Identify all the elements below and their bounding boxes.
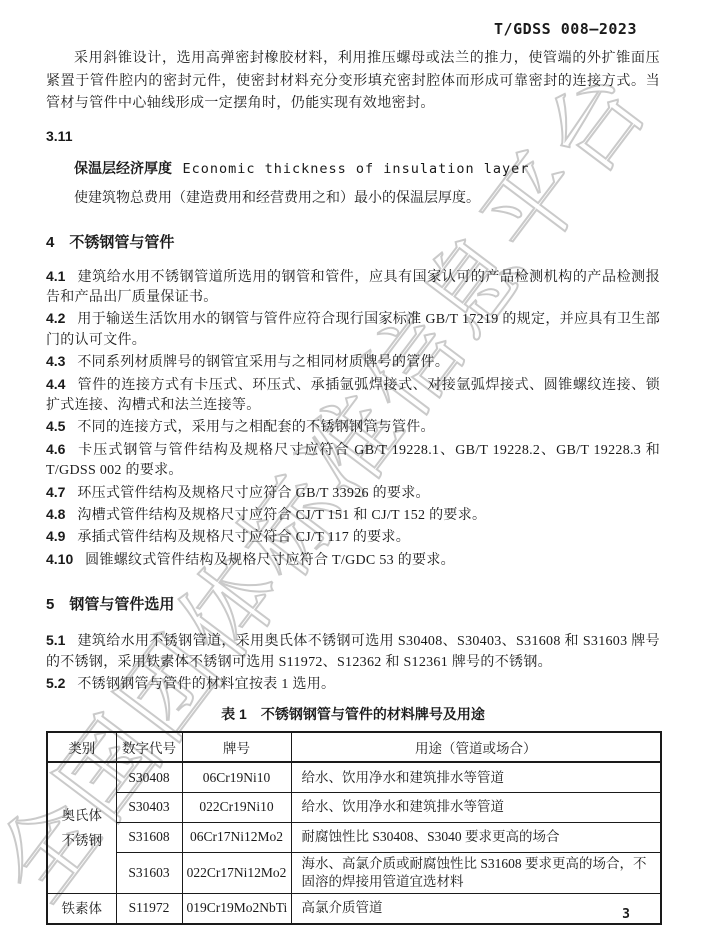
clause-4-9-text: 承插式管件结构及规格尺寸应符合 CJ/T 117 的要求。: [77, 530, 410, 545]
clause-4-5-text: 不同的连接方式，采用与之相配套的不锈钢钢管与管件。: [77, 420, 435, 435]
table-row: S30403 022Cr19Ni10 给水、饮用净水和建筑排水等管道: [47, 792, 661, 822]
clause-4-8-text: 沟槽式管件结构及规格尺寸应符合 CJ/T 151 和 CJ/T 152 的要求。: [77, 508, 486, 523]
clause-4-6-number: 4.6: [46, 441, 65, 457]
header-category: 类别: [47, 732, 116, 762]
header-numeric-code: 数字代号: [116, 732, 182, 762]
cell-grade: 019Cr19Mo2NbTi: [182, 893, 291, 924]
term-number: 3.11: [46, 128, 660, 144]
section-5-heading: 5钢管与管件选用: [46, 593, 660, 614]
section-4-number: 4: [46, 234, 54, 251]
material-grade-table: 类别 数字代号 牌号 用途（管道或场合） 奥氏体 不锈钢 S30408 06Cr…: [46, 731, 662, 925]
cell-grade: 06Cr19Ni10: [182, 762, 291, 792]
table-1-caption-label: 表 1: [221, 706, 247, 722]
page-number: 3: [622, 907, 630, 922]
table-1-caption-title: 不锈钢钢管与管件的材料牌号及用途: [261, 706, 485, 722]
clause-4-4-number: 4.4: [46, 376, 65, 392]
cell-use: 耐腐蚀性比 S30408、S3040 要求更高的场合: [291, 822, 661, 852]
cell-grade: 06Cr17Ni12Mo2: [182, 822, 291, 852]
clause-4-6: 4.6卡压式钢管与管件结构及规格尺寸应符合 GB/T 19228.1、GB/T …: [46, 439, 660, 482]
term-chinese: 保温层经济厚度: [74, 160, 172, 176]
clause-4-8-number: 4.8: [46, 506, 65, 522]
clause-5-1-text: 建筑给水用不锈钢管道，采用奥氏体不锈钢可选用 S30408、S30403、S31…: [46, 634, 660, 669]
table-1-caption: 表 1不锈钢钢管与管件的材料牌号及用途: [46, 704, 660, 724]
clause-4-1-number: 4.1: [46, 268, 65, 284]
section-4-clauses: 4.1建筑给水用不锈钢管道所选用的钢管和管件，应具有国家认可的产品检测机构的产品…: [46, 266, 660, 572]
clause-4-2-number: 4.2: [46, 310, 65, 326]
cell-code: S31608: [116, 822, 182, 852]
clause-4-10-number: 4.10: [46, 551, 73, 567]
section-5-number: 5: [46, 596, 54, 613]
clause-4-9: 4.9承插式管件结构及规格尺寸应符合 CJ/T 117 的要求。: [46, 526, 660, 548]
standard-number-header: T/GDSS 008—2023: [494, 20, 637, 38]
cell-use: 给水、饮用净水和建筑排水等管道: [291, 792, 661, 822]
section-5-clauses: 5.1建筑给水用不锈钢管道，采用奥氏体不锈钢可选用 S30408、S30403、…: [46, 630, 660, 695]
clause-4-9-number: 4.9: [46, 528, 65, 544]
term-english: Economic thickness of insulation layer: [183, 161, 530, 177]
clause-4-7-number: 4.7: [46, 484, 65, 500]
cell-grade: 022Cr19Ni10: [182, 792, 291, 822]
cell-code: S11972: [116, 893, 182, 924]
cell-use: 给水、饮用净水和建筑排水等管道: [291, 762, 661, 792]
section-4-title: 不锈钢管与管件: [69, 234, 174, 251]
cell-code: S30403: [116, 792, 182, 822]
table-row: S31603 022Cr17Ni12Mo2 海水、高氯介质或耐腐蚀性比 S316…: [47, 852, 661, 893]
cell-code: S31603: [116, 852, 182, 893]
section-4-heading: 4不锈钢管与管件: [46, 231, 660, 252]
clause-4-3-text: 不同系列材质牌号的钢管宜采用与之相同材质牌号的管件。: [77, 355, 449, 370]
header-grade: 牌号: [182, 732, 291, 762]
header-use: 用途（管道或场合）: [291, 732, 661, 762]
clause-5-2-number: 5.2: [46, 675, 65, 691]
clause-4-7: 4.7环压式管件结构及规格尺寸应符合 GB/T 33926 的要求。: [46, 482, 660, 504]
table-header-row: 类别 数字代号 牌号 用途（管道或场合）: [47, 732, 661, 762]
clause-4-10-text: 圆锥螺纹式管件结构及规格尺寸应符合 T/GDC 53 的要求。: [85, 553, 455, 568]
clause-4-2: 4.2用于输送生活饮用水的钢管与管件应符合现行国家标准 GB/T 17219 的…: [46, 308, 660, 351]
clause-4-1: 4.1建筑给水用不锈钢管道所选用的钢管和管件，应具有国家认可的产品检测机构的产品…: [46, 266, 660, 309]
section-5-title: 钢管与管件选用: [69, 596, 174, 613]
clause-4-8: 4.8沟槽式管件结构及规格尺寸应符合 CJ/T 151 和 CJ/T 152 的…: [46, 504, 660, 526]
clause-4-7-text: 环压式管件结构及规格尺寸应符合 GB/T 33926 的要求。: [77, 486, 429, 501]
clause-4-4: 4.4管件的连接方式有卡压式、环压式、承插氩弧焊接式、对接氩弧焊接式、圆锥螺纹连…: [46, 374, 660, 417]
cell-use: 高氯介质管道: [291, 893, 661, 924]
clause-5-1: 5.1建筑给水用不锈钢管道，采用奥氏体不锈钢可选用 S30408、S30403、…: [46, 630, 660, 673]
table-row: 铁素体 S11972 019Cr19Mo2NbTi 高氯介质管道: [47, 893, 661, 924]
document-content: 采用斜锥设计，选用高弹密封橡胶材料，利用推压螺母或法兰的推力，使管端的外扩锥面压…: [46, 48, 660, 925]
clause-4-6-text: 卡压式钢管与管件结构及规格尺寸应符合 GB/T 19228.1、GB/T 192…: [46, 443, 660, 478]
category-ferritic: 铁素体: [47, 893, 116, 924]
category-austenitic: 奥氏体 不锈钢: [47, 762, 116, 893]
cell-code: S30408: [116, 762, 182, 792]
term-definition: 使建筑物总费用（建造费用和经营费用之和）最小的保温层厚度。: [46, 189, 660, 209]
clause-5-2: 5.2不锈钢钢管与管件的材料宜按表 1 选用。: [46, 673, 660, 695]
term-entry: 保温层经济厚度 Economic thickness of insulation…: [46, 158, 660, 178]
clause-4-4-text: 管件的连接方式有卡压式、环压式、承插氩弧焊接式、对接氩弧焊接式、圆锥螺纹连接、锁…: [46, 378, 660, 413]
table-row: S31608 06Cr17Ni12Mo2 耐腐蚀性比 S30408、S3040 …: [47, 822, 661, 852]
clause-4-3-number: 4.3: [46, 353, 65, 369]
clause-4-3: 4.3不同系列材质牌号的钢管宜采用与之相同材质牌号的管件。: [46, 351, 660, 373]
clause-4-10: 4.10圆锥螺纹式管件结构及规格尺寸应符合 T/GDC 53 的要求。: [46, 549, 660, 571]
clause-5-1-number: 5.1: [46, 632, 65, 648]
cell-use: 海水、高氯介质或耐腐蚀性比 S31608 要求更高的场合，不固溶的焊接用管道宜选…: [291, 852, 661, 893]
clause-4-5: 4.5不同的连接方式，采用与之相配套的不锈钢钢管与管件。: [46, 416, 660, 438]
clause-4-5-number: 4.5: [46, 418, 65, 434]
document-page: 全国团体标准信息平台 T/GDSS 008—2023 采用斜锥设计，选用高弹密封…: [0, 0, 706, 935]
clause-5-2-text: 不锈钢钢管与管件的材料宜按表 1 选用。: [77, 677, 335, 692]
clause-4-2-text: 用于输送生活饮用水的钢管与管件应符合现行国家标准 GB/T 17219 的规定，…: [46, 312, 660, 347]
table-row: 奥氏体 不锈钢 S30408 06Cr19Ni10 给水、饮用净水和建筑排水等管…: [47, 762, 661, 792]
clause-4-1-text: 建筑给水用不锈钢管道所选用的钢管和管件，应具有国家认可的产品检测机构的产品检测报…: [46, 270, 660, 305]
intro-paragraph: 采用斜锥设计，选用高弹密封橡胶材料，利用推压螺母或法兰的推力，使管端的外扩锥面压…: [46, 48, 660, 116]
cell-grade: 022Cr17Ni12Mo2: [182, 852, 291, 893]
